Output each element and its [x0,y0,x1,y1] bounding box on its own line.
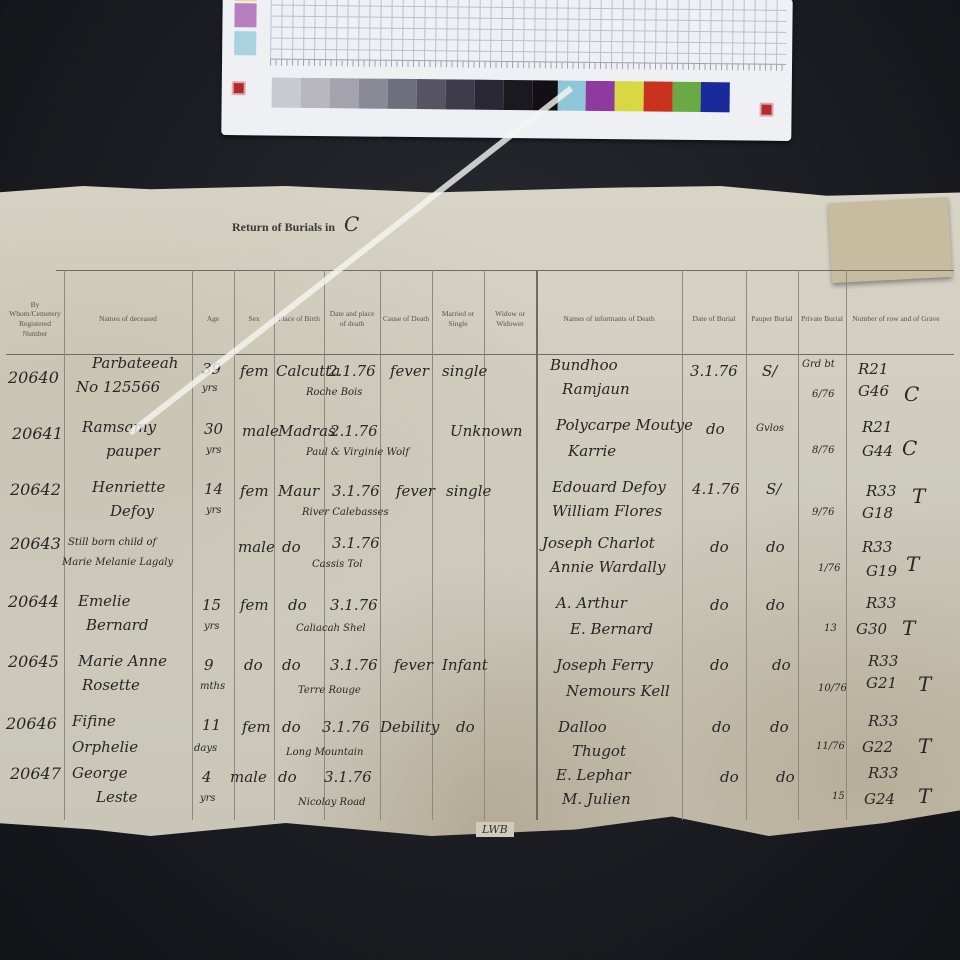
entry-row: R33 [868,714,898,729]
entry-age-unit: yrs [202,384,218,394]
entry-birth: do [282,720,301,735]
entry-grave-date: 10/76 [818,684,847,694]
color-calibration-card [221,0,792,141]
entry-cause: fever [390,364,429,379]
entry-death-place: Cassis Tol [312,560,363,570]
entry-age-unit: yrs [204,622,220,632]
entry-sex: male [242,424,279,439]
table-row: 20642 Henriette Defoy 14 yrs fem Maur 3.… [6,474,954,534]
entry-name: Still born child of [68,538,156,548]
entry-informant-line2: Ramjaun [562,382,630,397]
entry-age: 14 [204,482,223,497]
entry-sex: fem [240,484,269,499]
entry-burial-date: do [710,540,729,555]
register-table: By Whom/Cemetery Registered Number Names… [6,270,954,820]
entry-informant: Dalloo [558,720,607,735]
side-swatch-cyan [234,31,256,55]
entry-informant: Joseph Charlot [542,536,655,551]
entry-number: 20641 [12,426,63,442]
entry-pauper: S/ [762,364,777,379]
entry-sex: fem [240,364,269,379]
entry-pauper: do [776,770,795,785]
entry-pauper: do [766,540,785,555]
entry-name-line2: No 125566 [76,380,160,395]
entry-name: Henriette [92,480,165,495]
entry-sex: do [244,658,263,673]
entry-grave: G30 [856,622,887,637]
entry-name-line2: Defoy [110,504,154,519]
header-name: Names of deceased [64,284,192,354]
entry-name-line2: pauper [106,444,160,459]
entry-grave: G44 [862,444,893,459]
header-age: Age [192,284,234,354]
entry-row: R33 [868,766,898,781]
entry-informant: A. Arthur [556,596,627,611]
entry-margin-mark: T [902,618,915,638]
entry-age: 30 [204,422,223,437]
entry-birth: Maur [278,484,319,499]
header-row-grave: Number of row and of Grave [846,284,946,354]
title-printed-text: Return of Burials in [232,220,335,234]
side-swatch-yellow [235,0,257,1]
entry-margin-mark: T [918,786,931,806]
entry-informant-line2: Karrie [568,444,616,459]
entry-margin-mark: C [902,438,917,458]
entry-row: R33 [866,484,896,499]
entry-pauper: do [770,720,789,735]
entry-burial-date: do [720,770,739,785]
entry-name-line2: Orphelie [72,740,138,755]
entry-private: Grd bt [802,360,835,370]
table-row: 20645 Marie Anne Rosette 9 mths do do 3.… [6,654,954,714]
entry-number: 20645 [8,654,59,670]
entry-birth: do [282,540,301,555]
entry-cause: Unknown [450,424,523,439]
entry-grave: G19 [866,564,897,579]
entry-row: R33 [868,654,898,669]
entry-death-place: River Calebasses [302,508,389,518]
entry-cause: fever [396,484,435,499]
registration-marker-right [759,103,773,117]
footer-stamp: LWB [476,822,514,837]
entry-age-unit: yrs [206,506,222,516]
entry-sex: male [230,770,267,785]
entry-age-unit: days [194,744,217,754]
entry-age-unit: yrs [200,794,216,804]
entry-status: single [442,364,487,379]
entry-number: 20643 [10,536,61,552]
header-burial-date: Date of Burial [682,284,746,354]
header-birth: Place of Birth [274,284,324,354]
entry-informant-line2: William Flores [552,504,662,519]
entry-age: 15 [202,598,221,613]
entry-grave: G18 [862,506,893,521]
entry-name: Parbateeah [92,356,178,371]
entry-informant-line2: E. Bernard [570,622,653,637]
entry-row: R21 [858,362,888,377]
entry-death-date: 2.1.76 [328,364,376,379]
entry-burial-date: 3.1.76 [690,364,738,379]
entry-informant-line2: Nemours Kell [566,684,670,699]
entry-death-date: 3.1.76 [330,598,378,613]
entry-pauper: do [766,598,785,613]
entry-grave-date: 6/76 [812,390,834,400]
entry-death-date: 3.1.76 [324,770,372,785]
header-pauper: Pauper Burial [746,284,798,354]
entry-birth: do [278,770,297,785]
entry-grave-date: 9/76 [812,508,834,518]
entry-pauper: Gvlos [756,424,784,434]
entry-death-place: Paul & Virginie Wolf [306,448,409,458]
entry-burial-date: do [712,720,731,735]
entry-grave: G24 [864,792,895,807]
title-handwritten-text: C [344,212,359,236]
header-death: Date and place of death [324,284,380,354]
entry-name: Emelie [78,594,131,609]
entry-row: R33 [862,540,892,555]
entry-informant-line2: M. Julien [562,792,631,807]
color-patch-strip [558,81,730,113]
entry-informant-line2: Annie Wardally [550,560,665,575]
entry-death-date: 3.1.76 [322,720,370,735]
entry-grave-date: 1/76 [818,564,840,574]
entry-margin-mark: T [912,486,925,506]
entry-name: Marie Anne [78,654,167,669]
entry-informant: Edouard Defoy [552,480,666,495]
entry-burial-date: do [706,422,725,437]
entry-burial-date: 4.1.76 [692,482,740,497]
entry-row: R33 [866,596,896,611]
header-informants: Names of informants of Death [536,284,682,354]
entry-burial-date: do [710,658,729,673]
entry-name: Fifine [72,714,116,729]
entry-grave-date: 13 [824,624,837,634]
entry-margin-mark: T [906,554,919,574]
entry-informant: Joseph Ferry [556,658,653,673]
entry-death-place: Nicolay Road [298,798,365,808]
entry-death-date: 3.1.76 [332,484,380,499]
entry-cause: Debility [380,720,439,735]
entry-number: 20647 [10,766,61,782]
entry-name-line2: Rosette [82,678,140,693]
entry-cause: fever [394,658,433,673]
header-cause: Cause of Death [380,284,432,354]
entry-death-place: Caliacah Shel [296,624,366,634]
entry-margin-mark: T [918,736,931,756]
entry-grave: G22 [862,740,893,755]
entry-death-date: 3.1.76 [332,536,380,551]
entry-informant: Polycarpe Moutye [556,418,693,433]
registration-marker-left [232,81,246,95]
entry-age-unit: mths [200,682,225,692]
entry-status: do [456,720,475,735]
entry-margin-mark: C [904,384,919,404]
entry-age: 4 [202,770,212,785]
entry-grave: G21 [866,676,897,691]
entry-number: 20644 [8,594,59,610]
header-number: By Whom/Cemetery Registered Number [6,284,64,354]
entry-name-line2: Marie Melanie Lagaly [62,558,173,568]
entry-death-place: Long Mountain [286,748,363,758]
entry-grave: G46 [858,384,889,399]
entry-age: 11 [202,718,221,733]
entry-margin-mark: T [918,674,931,694]
table-row: 20644 Emelie Bernard 15 yrs fem do 3.1.7… [6,594,954,654]
side-swatch-purple [234,3,256,27]
entry-grave-date: 11/76 [816,742,845,752]
entry-death-place: Roche Bois [306,388,362,398]
entry-name-line2: Leste [96,790,137,805]
entry-number: 20646 [6,716,57,732]
entry-row: R21 [862,420,892,435]
gray-scale-strip [272,78,562,111]
entry-birth: do [288,598,307,613]
entry-informant-line2: Thugot [572,744,626,759]
header-married: Married or Single [432,284,484,354]
entry-sex: fem [240,598,269,613]
entry-death-date: 2.1.76 [330,424,378,439]
entry-pauper: S/ [766,482,781,497]
table-row: 20640 Parbateeah No 125566 39 yrs fem Ca… [6,354,954,414]
entry-birth: do [282,658,301,673]
header-private: Private Burial [798,284,846,354]
entry-name: George [72,766,128,781]
measurement-grid [270,0,787,65]
entry-death-place: Terre Rouge [298,686,361,696]
entry-status: single [446,484,491,499]
entry-sex: male [238,540,275,555]
table-row: 20646 Fifine Orphelie 11 days fem do 3.1… [6,714,954,774]
table-row: 20643 Still born child of Marie Melanie … [6,534,954,594]
register-title: Return of Burials in C [232,212,359,236]
entry-age-unit: yrs [206,446,222,456]
entry-sex: fem [242,720,271,735]
header-widow: Widow or Widower [484,284,536,354]
entry-pauper: do [772,658,791,673]
entry-informant: Bundhoo [550,358,618,373]
entry-age: 9 [204,658,214,673]
entry-grave-date: 15 [832,792,845,802]
entry-number: 20640 [8,370,59,386]
entry-status: Infant [442,658,488,673]
entry-number: 20642 [10,482,61,498]
entry-informant: E. Lephar [556,768,631,783]
entry-burial-date: do [710,598,729,613]
entry-birth: Madras [278,424,336,439]
entry-name-line2: Bernard [86,618,148,633]
entry-death-date: 3.1.76 [330,658,378,673]
entry-grave-date: 8/76 [812,446,834,456]
table-row: 20641 Ramsamy pauper 30 yrs male Madras … [6,414,954,474]
